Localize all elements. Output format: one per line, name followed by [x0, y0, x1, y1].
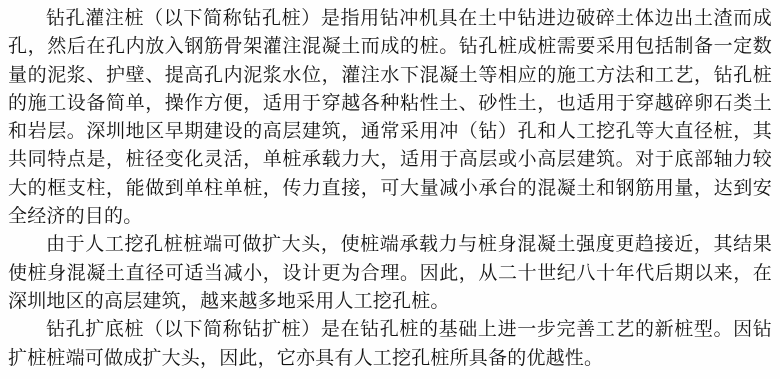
paragraph-bored-cast-in-place-pile: 钻孔灌注桩（以下简称钻孔桩）是指用钻冲机具在土中钻进边破碎土体边出土渣而成孔，然… — [8, 5, 772, 231]
paragraph-hand-dug-pile: 由于人工挖孔桩桩端可做扩大头，使桩端承载力与桩身混凝土强度更趋接近，其结果使桩身… — [8, 231, 772, 316]
document-page: 钻孔灌注桩（以下简称钻孔桩）是指用钻冲机具在土中钻进边破碎土体边出土渣而成孔，然… — [0, 0, 780, 379]
paragraph-belled-bored-pile: 钻孔扩底桩（以下简称钻扩桩）是在钻孔桩的基础上进一步完善工艺的新桩型。因钻扩桩桩… — [8, 316, 772, 373]
